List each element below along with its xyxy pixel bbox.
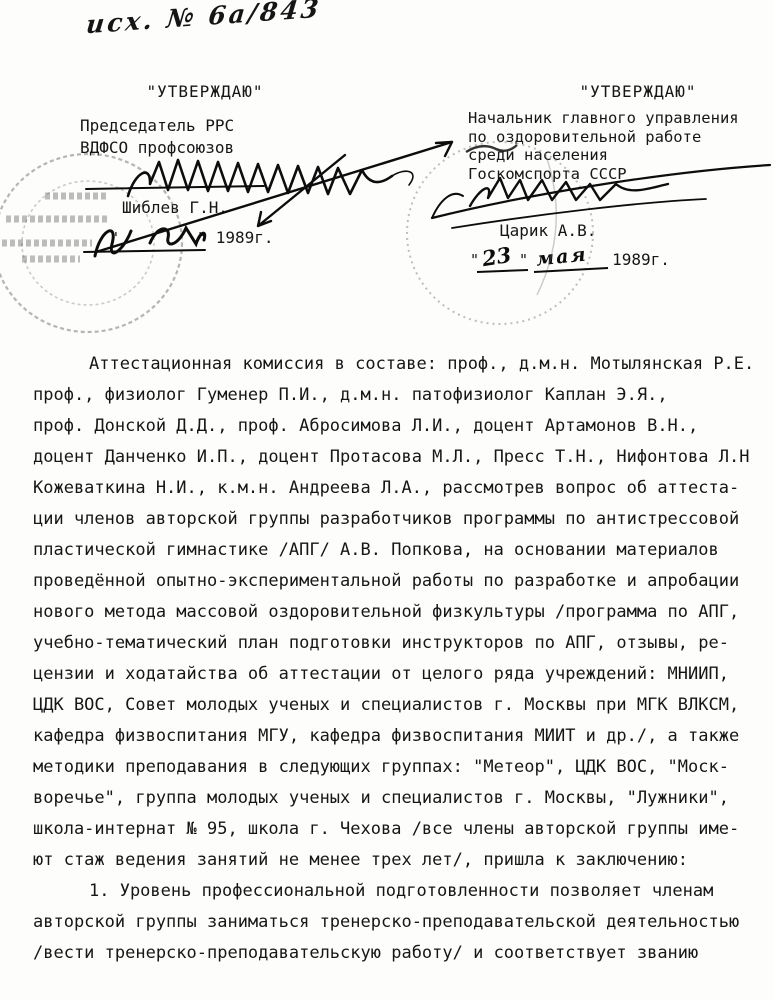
body-line: ют стаж ведения занятий не менее трех ле… xyxy=(33,845,773,876)
body-line: проф., физиолог Гуменер П.И., д.м.н. пат… xyxy=(33,380,773,411)
handwritten-outgoing-number: исх. № 6а/843 xyxy=(85,0,323,39)
approval-header-right: "УТВЕРЖДАЮ" xyxy=(528,82,748,101)
approval-block-left: "УТВЕРЖДАЮ" Председатель РРС ВДФСО профс… xyxy=(80,82,350,159)
approval-title-right: Начальник главного управления по оздоров… xyxy=(468,109,773,183)
body-line: кафедра физвоспитания МГУ, кафедра физво… xyxy=(33,721,773,752)
body-line: ции членов авторской группы разработчико… xyxy=(33,504,773,535)
body-line: пластической гимнастике /АПГ/ А.В. Попко… xyxy=(33,535,773,566)
signatory-name-left: Шиблев Г.Н. xyxy=(122,198,228,217)
date-left-close-quote: " xyxy=(197,229,206,247)
body-line: цензии и ходатайства об аттестации от це… xyxy=(33,659,773,690)
date-left-year: 1989г. xyxy=(216,228,274,247)
body-line: нового метода массовой оздоровительной ф… xyxy=(33,597,773,628)
date-left-open-quote: " xyxy=(110,229,119,247)
handwritten-month: мая xyxy=(535,243,589,270)
date-right-close-quote: " xyxy=(519,251,528,269)
date-right-open-quote: " xyxy=(470,251,479,269)
body-line: проведённой опытно-экспериментальной раб… xyxy=(33,566,773,597)
date-line-right: ""1989г. 23 мая xyxy=(470,250,670,269)
approval-block-right: "УТВЕРЖДАЮ" Начальник главного управлени… xyxy=(468,82,773,183)
body-line: 1. Уровень профессиональной подготовленн… xyxy=(33,876,773,907)
document-body: Аттестационная комиссия в составе: проф.… xyxy=(33,349,773,969)
approval-title-left-line2: ВДФСО профсоюзов xyxy=(80,137,350,159)
approval-title-left: Председатель РРС ВДФСО профсоюзов xyxy=(80,115,350,159)
approval-header-left: "УТВЕРЖДАЮ" xyxy=(105,82,305,101)
body-line: проф. Донской Д.Д., проф. Абросимова Л.И… xyxy=(33,411,773,442)
body-line: ЦДК ВОС, Совет молодых ученых и специали… xyxy=(33,690,773,721)
date-line-left: "" 1989г. xyxy=(110,228,274,247)
approval-title-right-line4: Госкомспорта СССР xyxy=(468,165,773,184)
body-line: школа-интернат № 95, школа г. Чехова /вс… xyxy=(33,814,773,845)
approval-title-right-line1: Начальник главного управления xyxy=(468,109,773,128)
body-line: методики преподавания в следующих группа… xyxy=(33,752,773,783)
approval-title-right-line2: по оздоровительной работе xyxy=(468,128,773,147)
approval-title-right-line3: среди населения xyxy=(468,146,773,165)
date-right-year: 1989г. xyxy=(612,250,670,269)
signatory-name-right: Царик А.В. xyxy=(500,221,596,240)
body-line: авторской группы заниматься тренерско-пр… xyxy=(33,907,773,938)
body-line: воречье", группа молодых ученых и специа… xyxy=(33,783,773,814)
approval-title-left-line1: Председатель РРС xyxy=(80,115,350,137)
body-line: доцент Данченко И.П., доцент Протасова М… xyxy=(33,442,773,473)
scanned-document-page: исх. № 6а/843 "УТВЕРЖДАЮ" Председатель Р… xyxy=(0,0,773,1000)
body-line: /вести тренерско-преподавательскую работ… xyxy=(33,938,773,969)
handwritten-day: 23 xyxy=(480,242,513,271)
body-line: учебно-тематический план подготовки инст… xyxy=(33,628,773,659)
body-line: Кожеваткина Н.И., к.м.н. Андреева Л.А., … xyxy=(33,473,773,504)
body-line: Аттестационная комиссия в составе: проф.… xyxy=(33,349,773,380)
